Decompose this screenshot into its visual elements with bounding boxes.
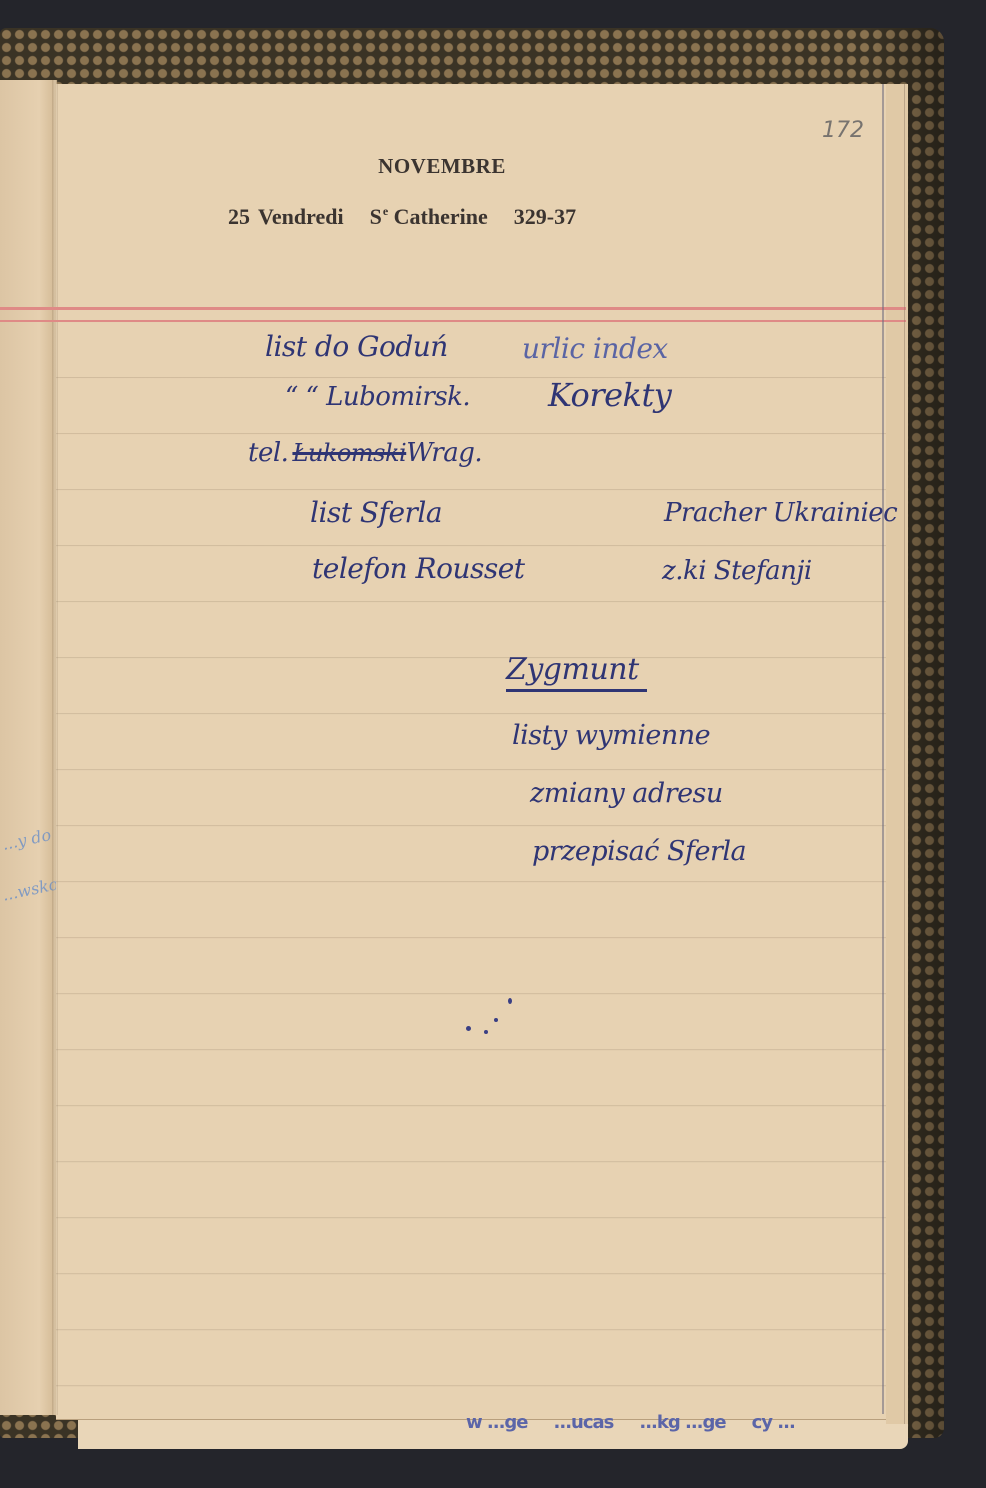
handwritten-line-2: “ “ Lubomirsk. bbox=[285, 382, 470, 412]
day-count: 329-37 bbox=[514, 204, 576, 229]
tel-suffix: Wrag. bbox=[406, 438, 482, 468]
saint-label: Se Catherine bbox=[370, 204, 488, 229]
month-heading: NOVEMBRE bbox=[0, 154, 884, 179]
date-line: 25VendrediSe Catherine329-37 bbox=[228, 204, 602, 230]
page-header-area bbox=[56, 84, 886, 314]
red-rule-bottom bbox=[0, 320, 906, 322]
bleed-through-text: w ...ge...ucas...kg ...gecy ... bbox=[466, 1412, 866, 1434]
block-heading: Zygmunt bbox=[506, 652, 647, 692]
tel-prefix: tel. bbox=[248, 438, 288, 468]
block-line-3: przepisać Sferla bbox=[532, 836, 746, 867]
handwritten-line-5: telefon Rousset bbox=[312, 552, 525, 585]
handwritten-right-5: z.ki Stefanji bbox=[662, 556, 812, 586]
handwritten-line-1: list do Goduń bbox=[265, 330, 448, 363]
block-line-1: listy wymienne bbox=[512, 720, 710, 751]
handwritten-right-4: Pracher Ukrainiec bbox=[664, 498, 897, 528]
left-page bbox=[0, 80, 57, 1415]
struck-name: Łukomski bbox=[292, 439, 406, 467]
red-rule-top bbox=[0, 307, 906, 310]
handwritten-line-3: tel. ŁukomskiWrag. bbox=[248, 438, 482, 468]
handwritten-right-1: urlic index bbox=[522, 332, 668, 365]
saint-name: Catherine bbox=[394, 204, 488, 229]
gutter-fold bbox=[52, 80, 58, 1415]
right-margin-line-outer bbox=[904, 84, 905, 1424]
ink-speck bbox=[466, 1026, 471, 1031]
day-number: 25 bbox=[228, 204, 250, 229]
ink-speck bbox=[484, 1030, 488, 1034]
ink-speck bbox=[508, 998, 512, 1004]
right-margin-line bbox=[882, 84, 884, 1414]
handwritten-right-2: Korekty bbox=[548, 376, 671, 414]
weekday: Vendredi bbox=[258, 204, 344, 229]
block-line-2: zmiany adresu bbox=[530, 778, 723, 809]
handwritten-line-4: list Sferla bbox=[310, 496, 442, 529]
page-number: 172 bbox=[822, 118, 864, 143]
ink-speck bbox=[494, 1018, 498, 1022]
